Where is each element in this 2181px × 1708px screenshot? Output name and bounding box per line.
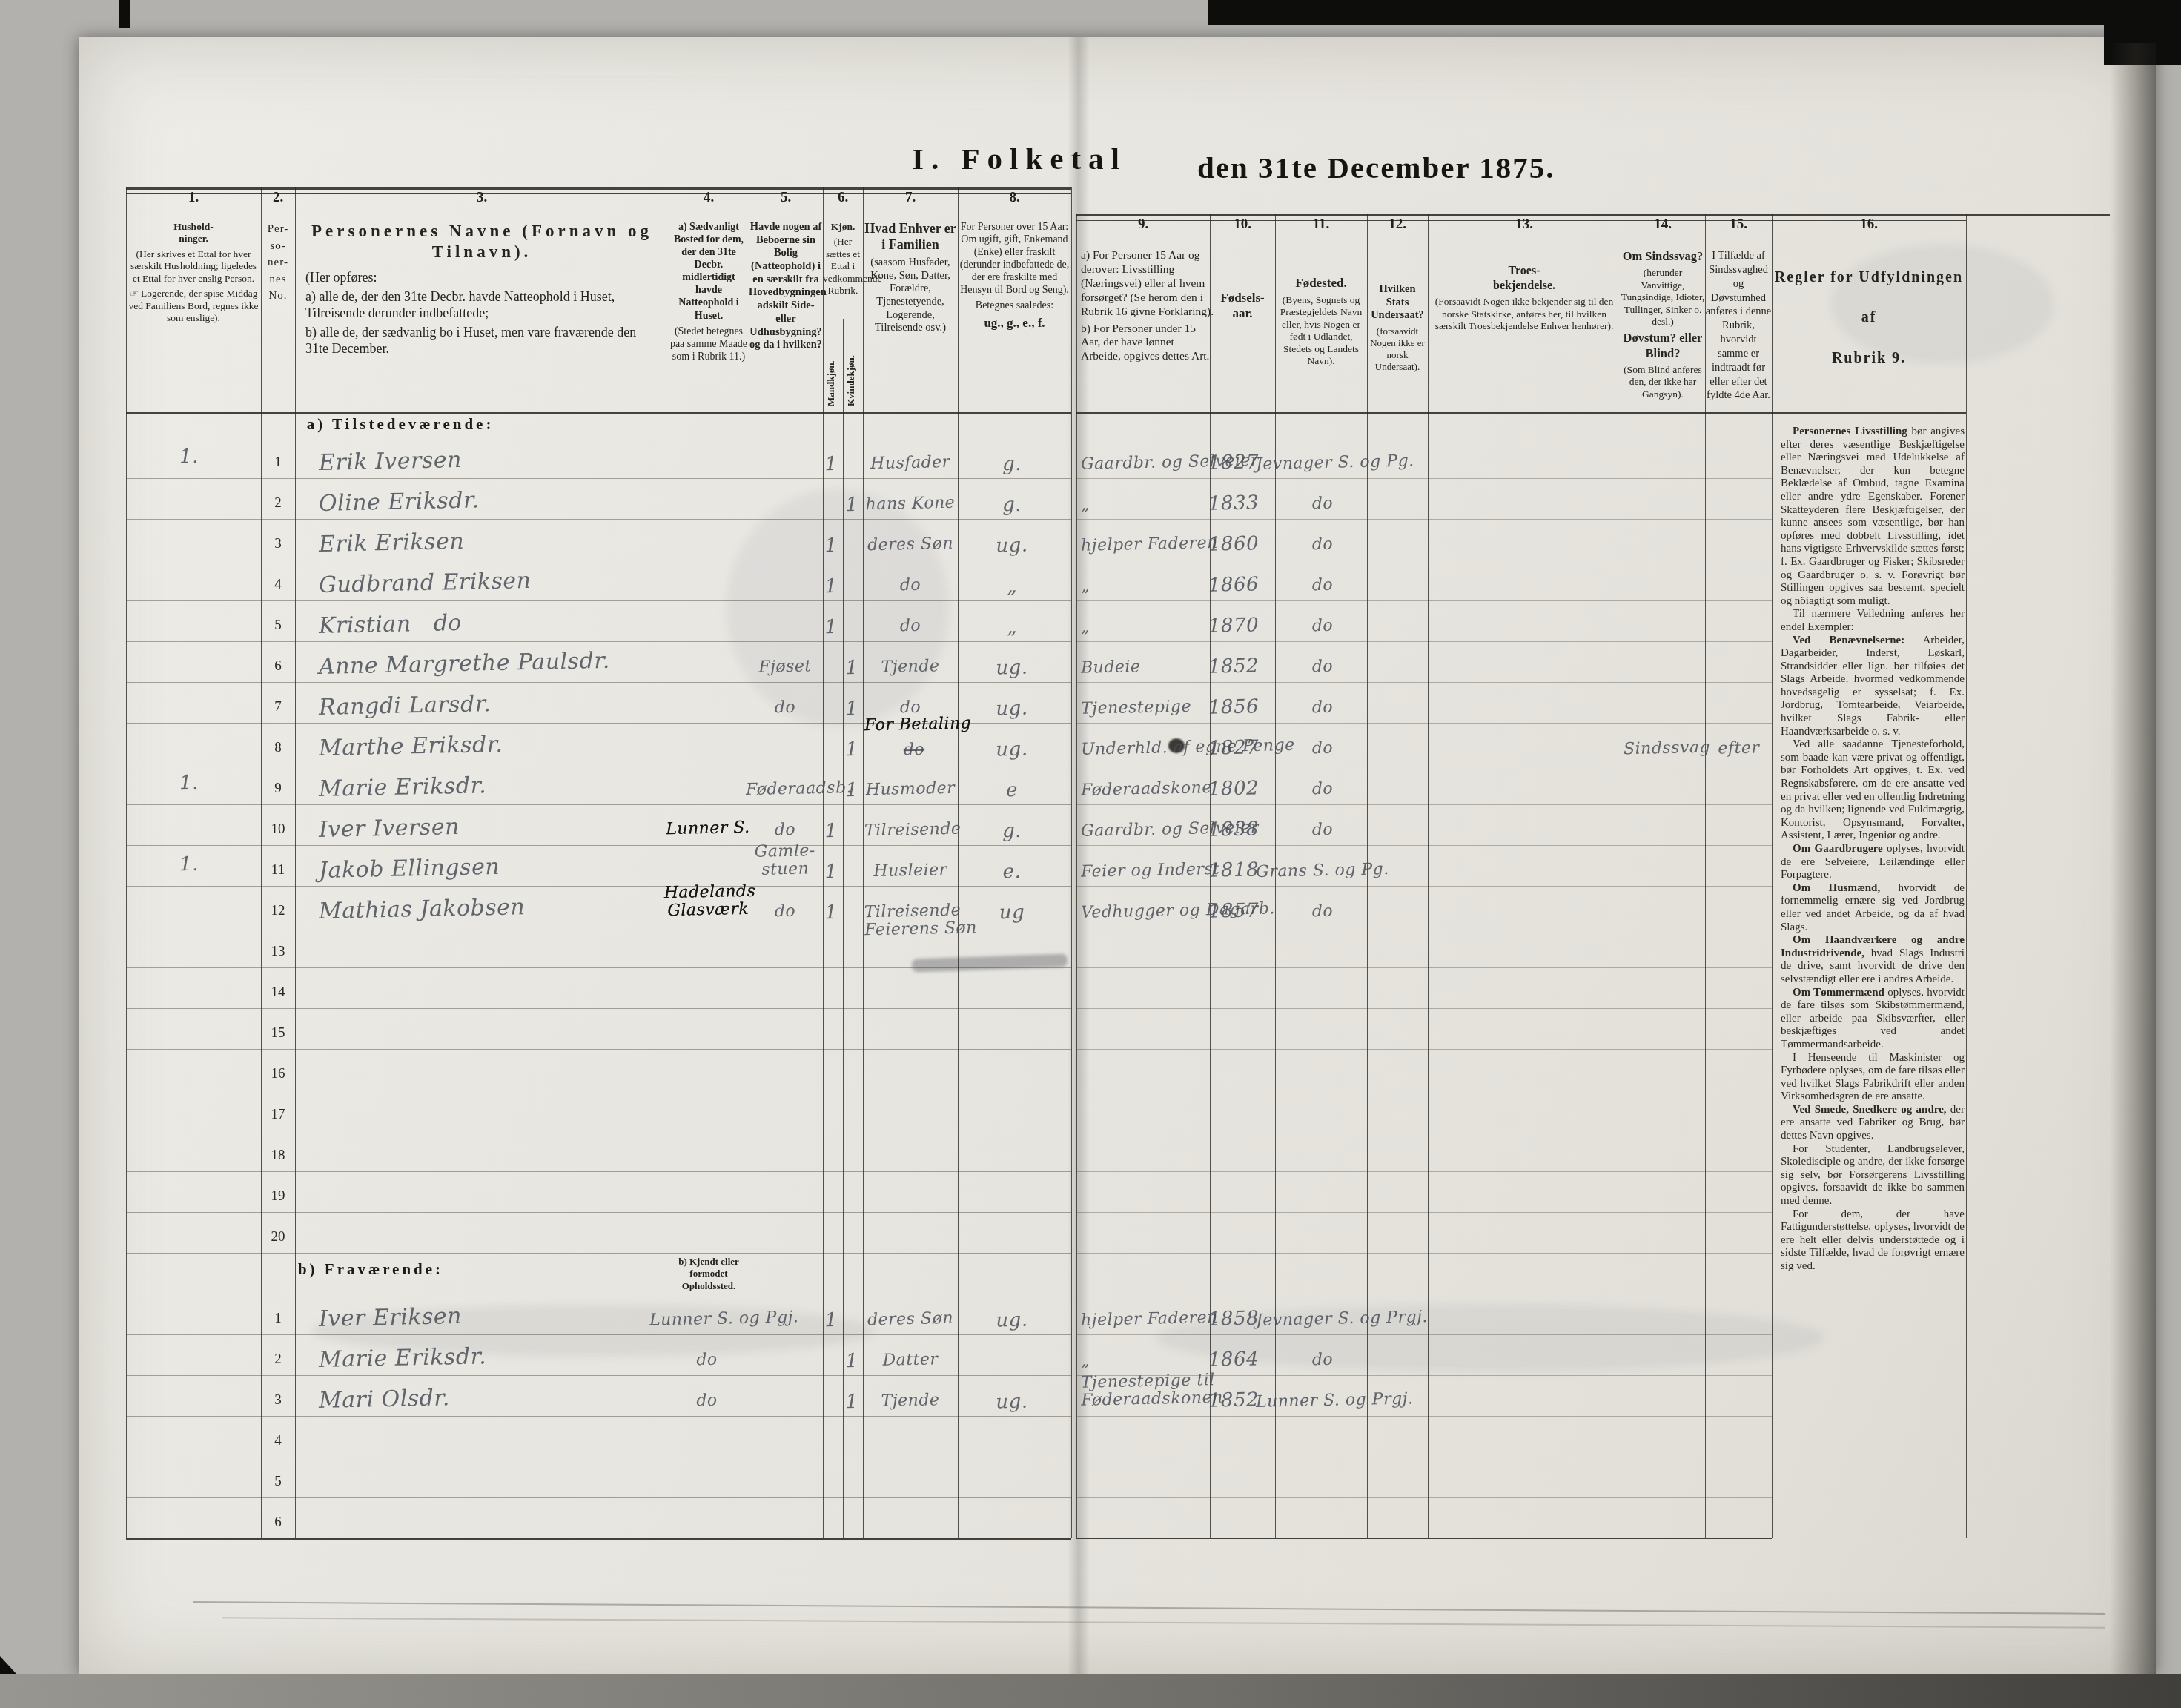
cell-a12-marital: ug <box>964 901 1061 925</box>
cell-a7-female: 1 <box>841 698 864 721</box>
cell-a9-marital: e <box>964 778 1061 803</box>
scanner-edge-top <box>1208 0 2181 25</box>
table-rule <box>1071 187 1072 1538</box>
column-header-part: a) Sædvanligt Bosted for dem, der den 31… <box>669 221 749 322</box>
column-number-13: 13. <box>1428 216 1621 233</box>
instruction-paragraph: Om Gaardbrugere oplyses, hvorvidt de ere… <box>1781 843 1965 882</box>
cell-a5-birthplace: do <box>1256 616 1389 637</box>
column-number-9: 9. <box>1076 216 1210 233</box>
cell-b1-birthplace: Jevnager S. og Prgj. <box>1256 1309 1389 1330</box>
table-row-line <box>1076 1457 1772 1457</box>
table-row-line <box>126 1538 1071 1539</box>
table-rule <box>1966 213 1967 1538</box>
cell-b1-male: 1 <box>820 1309 843 1332</box>
column-header-part: (Som Blind anføres den, der ikke har Gan… <box>1621 364 1705 400</box>
cell-a5-male: 1 <box>820 616 843 639</box>
row-number: 10 <box>261 821 295 838</box>
table-rule <box>1076 242 1966 242</box>
cell-a6-occupation: Budeie <box>1081 657 1207 678</box>
cell-a12-male: 1 <box>820 901 843 924</box>
row-number: 4 <box>261 1433 295 1449</box>
column-header-9: a) For Personer 15 Aar og derover: Livss… <box>1076 246 1219 367</box>
cell-b1-family: deres Søn <box>864 1310 956 1330</box>
column-header-part: Fødsels- aar. <box>1210 291 1275 321</box>
table-row-line <box>1076 1090 1772 1090</box>
cell-a2-family: hans Kone <box>864 494 956 514</box>
table-row-line <box>1076 1008 1772 1009</box>
table-row-line <box>1076 519 1772 520</box>
instruction-paragraph: Om Haandværkere og andre Industridrivend… <box>1781 934 1965 986</box>
table-row-line <box>126 560 1071 560</box>
row-number: 7 <box>261 699 295 715</box>
cell-b3-female: 1 <box>841 1391 864 1414</box>
table-row-line <box>1076 1497 1772 1498</box>
row-number: 19 <box>261 1188 295 1205</box>
instruction-paragraph: Om Tømmermænd oplyses, hvorvidt de fare … <box>1781 987 1965 1052</box>
column-header-part: (herunder Vanvittige, Tungsindige, Idiot… <box>1621 267 1705 328</box>
column-number-10: 10. <box>1210 216 1275 233</box>
column-header-part: b) For Personer under 15 Aar, der have l… <box>1081 322 1214 365</box>
column-header-6: Kjøn.(Her sættes et Ettal i vedkommende … <box>823 218 863 300</box>
table-row-line <box>1076 1253 1772 1254</box>
table-row-line <box>126 1457 1071 1457</box>
table-row-line <box>126 641 1071 642</box>
column-header-part: a) For Personer 15 Aar og derover: Livss… <box>1081 249 1214 320</box>
cell-b3-birthplace: Lunner S. og Prgj. <box>1256 1391 1389 1411</box>
table-row-line <box>126 804 1071 805</box>
column-header-part: (Her opføres: <box>295 270 669 286</box>
column-header-part: Per- so- ner- nes No. <box>261 221 295 305</box>
column-header-7: Hvad Enhver er i Familien(saasom Husfade… <box>863 218 958 338</box>
cell-a10-male: 1 <box>820 820 843 843</box>
table-row-line <box>1076 1171 1772 1172</box>
table-row-line <box>126 764 1071 764</box>
column-header-part: Havde nogen af Beboerne sin Bolig (Natte… <box>749 221 823 352</box>
column-number-11: 11. <box>1275 216 1367 233</box>
cell-b3-whereabouts: do <box>649 1391 764 1411</box>
row-number: 2 <box>261 495 295 512</box>
ink-bleed-ghost <box>727 489 949 726</box>
cell-a7-birthplace: do <box>1256 698 1389 718</box>
cell-a7-outbuilding: do <box>746 698 824 718</box>
column-header-part: Hvilken Stats Undersaat? <box>1367 283 1428 322</box>
column-header-12: Hvilken Stats Undersaat?(forsaavidt Noge… <box>1367 246 1428 376</box>
cell-a9-birthplace: do <box>1256 779 1389 800</box>
column-number-3: 3. <box>295 190 669 206</box>
column-number-14: 14. <box>1621 216 1705 233</box>
column-header-part: Rubrik 9. <box>1772 349 1966 367</box>
cell-b1-occupation: hjelper Faderen <box>1081 1309 1207 1330</box>
table-row-line <box>126 600 1071 601</box>
row-number: 15 <box>261 1025 295 1042</box>
page-title-right: den 31te December 1875. <box>1197 150 1555 185</box>
cell-a10-marital: g. <box>964 819 1061 844</box>
cell-a8-mental-onset: efter <box>1704 739 1774 758</box>
table-row-line <box>126 967 1071 968</box>
cell-a1-household: 1. <box>141 445 238 469</box>
cell-a1-family: Husfader <box>864 454 956 474</box>
column-number-15: 15. <box>1705 216 1772 233</box>
cell-a8-mental: Sindssvag <box>1624 739 1707 758</box>
table-row-line <box>1076 478 1772 479</box>
column-header-part: Fødested. <box>1275 276 1367 291</box>
cell-a12-family: Tilreisende Feierens Søn <box>864 902 957 940</box>
column-header-part: (forsaavidt Nogen ikke er norsk Undersaa… <box>1367 325 1428 372</box>
table-row-line <box>1076 886 1772 887</box>
cell-a4-family: do <box>864 576 956 596</box>
column-number-16: 16. <box>1772 216 1966 233</box>
cell-a8-birthplace: do <box>1256 738 1389 759</box>
column-header-part: Hushold- ninger. <box>126 221 261 245</box>
cell-a5-occupation: „ <box>1081 616 1207 637</box>
row-number: 1 <box>261 454 295 471</box>
column-header-part: b) alle de, der sædvanlig bo i Huset, me… <box>295 325 669 357</box>
cell-b3-marital: ug. <box>964 1390 1061 1414</box>
cell-a11-household: 1. <box>141 853 238 877</box>
scanner-edge-bottom <box>0 1674 2181 1708</box>
instruction-paragraph: Ved Benævnelserne: Arbeider, Dagarbeider… <box>1781 635 1965 739</box>
cell-a2-occupation: „ <box>1081 494 1207 514</box>
table-row-line <box>126 682 1071 683</box>
table-row-line <box>126 1375 1071 1376</box>
cell-a12-residence-ink: Hadelands Glasværk <box>664 883 752 920</box>
cell-a12-outbuilding: do <box>746 902 824 921</box>
column-subheader-male: Mandkjøn. <box>825 319 843 406</box>
row-number: 4 <box>261 577 295 593</box>
row-number: 20 <box>261 1229 295 1245</box>
table-rule <box>958 187 959 1538</box>
column-header-16: Regler for UdfyldningenafRubrik 9. <box>1772 246 1966 389</box>
cell-a6-female: 1 <box>841 657 864 680</box>
column-header-part: (Her sættes et Ettal i vedkommende Rubri… <box>823 236 863 297</box>
row-number: 12 <box>261 903 295 919</box>
cell-a10-residence-ink: Lunner S. <box>664 819 752 838</box>
row-number: 18 <box>261 1148 295 1164</box>
table-rule <box>126 213 1071 214</box>
cell-a9-occupation: Føderaadskone <box>1081 779 1207 800</box>
cell-a2-marital: g. <box>964 493 1061 517</box>
cell-a11-occupation: Feier og Inderst <box>1081 861 1207 881</box>
cell-a6-outbuilding: Fjøset <box>746 658 824 677</box>
table-row-line <box>126 845 1071 846</box>
column-header-part: Regler for Udfyldningen <box>1772 268 1966 286</box>
cell-b3-family: Tjende <box>864 1391 956 1411</box>
table-rule <box>126 412 1071 414</box>
cell-a2-female: 1 <box>841 494 864 517</box>
cell-a8-female: 1 <box>841 738 864 761</box>
column-number-4: 4. <box>669 190 749 206</box>
column-header-13: Troes- bekjendelse.(Forsaavidt Nogen ikk… <box>1428 246 1621 335</box>
column-header-whereabouts: b) Kjendt eller formodet Opholdssted. <box>664 1256 753 1292</box>
scanner-mark-topleft <box>119 0 130 28</box>
row-number: 5 <box>261 618 295 634</box>
cell-a8-marital: ug. <box>964 738 1061 762</box>
column-header-part: af <box>1772 308 1966 326</box>
row-number: 17 <box>261 1107 295 1123</box>
column-header-2: Per- so- ner- nes No. <box>261 218 295 308</box>
cell-a1-male: 1 <box>820 453 843 476</box>
row-number: 8 <box>261 740 295 756</box>
cell-a6-birthplace: do <box>1256 657 1389 678</box>
column-subheader-female: Kvindekjøn. <box>845 319 863 406</box>
cell-a3-birthplace: do <box>1256 534 1389 555</box>
table-row-line <box>1076 641 1772 642</box>
cell-a5-marital: „ <box>964 615 1061 640</box>
cell-b2-female: 1 <box>841 1350 864 1373</box>
cell-a8-family-ink: For Betaling <box>864 715 959 735</box>
instruction-paragraph: Ved alle saadanne Tjenesteforhold, som b… <box>1781 738 1965 843</box>
row-number: 14 <box>261 984 295 1001</box>
column-header-part: ug., g., e., f. <box>958 316 1071 331</box>
cell-a3-family: deres Søn <box>864 535 956 555</box>
table-row-line <box>126 1212 1071 1213</box>
cell-b2-whereabouts: do <box>649 1350 764 1370</box>
section-present-label: a) Tilstedeværende: <box>252 415 549 434</box>
column-header-3: Personernes Navne (Fornavn og Tilnavn).(… <box>295 218 669 360</box>
table-row-line <box>1076 1049 1772 1050</box>
column-header-part: I Tilfælde af Sindssvaghed og Døvstumhed… <box>1705 249 1772 403</box>
cell-a10-family: Tilreisende <box>864 821 956 841</box>
column-header-part: ☞ Logerende, der spise Middag ved Famili… <box>126 288 261 324</box>
cell-a9-family: Husmoder <box>864 780 956 800</box>
cell-a5-family: do <box>864 617 956 637</box>
instruction-paragraph: For Studenter, Landbrugselever, Skoledis… <box>1781 1143 1965 1208</box>
column-header-part: (Forsaavidt Nogen ikke bekjender sig til… <box>1428 296 1621 332</box>
cell-a12-birthplace: do <box>1256 901 1389 922</box>
column-header-part: (Stedet betegnes paa samme Maade som i R… <box>669 325 749 363</box>
row-number: 6 <box>261 658 295 675</box>
cell-a1-marital: g. <box>964 452 1061 477</box>
column-number-2: 2. <box>261 190 295 206</box>
cell-a10-outbuilding: do <box>746 821 824 840</box>
column-header-part: Hvad Enhver er i Familien <box>863 221 958 254</box>
table-rule <box>126 187 127 1538</box>
row-number: 3 <box>261 536 295 552</box>
table-row-line <box>1076 560 1772 560</box>
column-header-4: a) Sædvanligt Bosted for dem, der den 31… <box>669 218 749 366</box>
column-header-part: Personernes Navne (Fornavn og Tilnavn). <box>295 221 669 262</box>
row-number: 16 <box>261 1066 295 1082</box>
table-row-line <box>126 1253 1071 1254</box>
table-row-line <box>126 1416 1071 1417</box>
cell-a11-family: Husleier <box>864 861 956 881</box>
cell-b2-occupation: „ <box>1081 1350 1207 1371</box>
cell-a1-birthplace: Jevnager S. og Pg. <box>1256 453 1389 474</box>
table-row-line <box>1076 1416 1772 1417</box>
row-number: 6 <box>261 1515 295 1531</box>
column-header-part: Døvstum? eller Blind? <box>1621 331 1705 360</box>
cell-a6-family: Tjende <box>864 658 956 678</box>
column-header-part: Om Sindssvag? <box>1621 249 1705 264</box>
column-header-part: For Personer over 15 Aar: Om ugift, gift… <box>958 221 1071 297</box>
table-row-line <box>126 1334 1071 1335</box>
instruction-paragraph: Personernes Livsstilling bør angives eft… <box>1781 426 1965 608</box>
instruction-paragraph: I Henseende til Maskinister og Fyrbødere… <box>1781 1052 1965 1104</box>
row-number: 11 <box>261 862 295 878</box>
cell-a4-occupation: „ <box>1081 575 1207 596</box>
table-row-line <box>126 1171 1071 1172</box>
column-header-part: Kjøn. <box>823 221 863 233</box>
cell-a4-marital: „ <box>964 575 1061 599</box>
cell-a8-occupation: Underhld. af egne Penge <box>1081 738 1207 759</box>
cell-a9-female: 1 <box>841 779 864 802</box>
table-row-line <box>126 1090 1071 1090</box>
cell-b3-occupation: Tjenestepige til Føderaadskonen <box>1081 1371 1208 1410</box>
table-row-line <box>126 1497 1071 1498</box>
table-row-line <box>1076 682 1772 683</box>
column-number-5: 5. <box>749 190 823 206</box>
cell-b2-family: Datter <box>864 1351 956 1371</box>
column-number-7: 7. <box>863 190 958 206</box>
table-row-line <box>1076 967 1772 968</box>
cell-a4-male: 1 <box>820 575 843 598</box>
cell-a7-occupation: Tjenestepige <box>1081 698 1207 718</box>
section-absent-label: b) Fraværende: <box>230 1260 512 1279</box>
rubrik9-instructions-text: Personernes Livsstilling bør angives eft… <box>1781 426 1965 1523</box>
table-row-line <box>1076 1334 1772 1335</box>
column-header-part: a) alle de, der den 31te Decbr. havde Na… <box>295 289 669 322</box>
row-number: 5 <box>261 1474 295 1490</box>
column-header-11: Fødested.(Byens, Sognets og Præstegjelde… <box>1275 246 1367 371</box>
table-row-line <box>1076 845 1772 846</box>
column-number-12: 12. <box>1367 216 1428 233</box>
table-row-line <box>1076 1538 1772 1539</box>
column-header-part: Troes- bekjendelse. <box>1428 264 1621 293</box>
table-row-line <box>1076 1131 1772 1131</box>
column-header-14: Om Sindssvag?(herunder Vanvittige, Tungs… <box>1621 246 1705 403</box>
table-row-line <box>126 1008 1071 1009</box>
cell-a10-birthplace: do <box>1256 820 1389 841</box>
column-header-5: Havde nogen af Beboerne sin Bolig (Natte… <box>749 218 823 355</box>
row-number: 2 <box>261 1351 295 1368</box>
column-header-1: Hushold- ninger.(Her skrives et Ettal fo… <box>126 218 261 328</box>
instruction-paragraph: Om Husmænd, hvorvidt de fornemmelig ernæ… <box>1781 882 1965 934</box>
column-number-6: 6. <box>823 190 863 206</box>
column-header-part: (Byens, Sognets og Præstegjeldets Navn e… <box>1275 294 1367 368</box>
cell-a8-family-struck: do <box>888 741 940 759</box>
cell-a9-outbuilding: Føderaadsb. <box>746 780 824 799</box>
cell-a7-marital: ug. <box>964 697 1061 721</box>
table-row-line <box>1076 600 1772 601</box>
table-row-line <box>126 519 1071 520</box>
table-row-line <box>126 478 1071 479</box>
table-row-line <box>126 1131 1071 1131</box>
table-row-line <box>1076 1212 1772 1213</box>
instruction-paragraph: Til nærmere Veiledning anføres her endel… <box>1781 608 1965 634</box>
cell-b1-marital: ug. <box>964 1308 1061 1333</box>
row-number: 1 <box>261 1311 295 1327</box>
table-rule <box>1076 412 1966 414</box>
cell-a3-occupation: hjelper Faderen <box>1081 534 1207 555</box>
column-header-part: (Her skrives et Ettal for hver særskilt … <box>126 248 261 285</box>
row-number: 9 <box>261 781 295 797</box>
census-scan-page: I. Folketal den 31te December 1875. a) T… <box>0 0 2181 1708</box>
table-row-line <box>1076 723 1772 724</box>
cell-a11-marital: e. <box>964 860 1061 884</box>
column-header-15: I Tilfælde af Sindssvaghed og Døvstumhed… <box>1705 246 1772 406</box>
cell-a11-outbuilding: Gamle- stuen <box>746 842 825 879</box>
table-row-line <box>1076 764 1772 764</box>
table-rule <box>295 187 296 1538</box>
column-header-part: Betegnes saaledes: <box>958 299 1071 312</box>
row-number: 3 <box>261 1392 295 1409</box>
table-row-line <box>126 1049 1071 1050</box>
table-row-line <box>1076 804 1772 805</box>
cell-a6-marital: ug. <box>964 656 1061 681</box>
column-header-part: (saasom Husfader, Kone, Søn, Datter, For… <box>863 256 958 335</box>
instruction-paragraph: For dem, der have Fattigunderstøttelse, … <box>1781 1208 1965 1274</box>
cell-b1-whereabouts: Lunner S. og Pgj. <box>649 1309 764 1329</box>
column-number-8: 8. <box>958 190 1071 206</box>
cell-a10-occupation: Gaardbr. og Selveier <box>1081 820 1207 841</box>
page-title-left: I. Folketal <box>853 141 1186 176</box>
column-header-8: For Personer over 15 Aar: Om ugift, gift… <box>958 218 1071 334</box>
cell-a9-household: 1. <box>141 771 238 795</box>
cell-a12-occupation: Vedhugger og Dagarb. <box>1081 901 1207 922</box>
cell-b2-birthplace: do <box>1256 1350 1389 1371</box>
column-header-10: Fødsels- aar. <box>1210 246 1275 324</box>
row-number: 13 <box>261 944 295 960</box>
cell-a11-birthplace: Grans S. og Pg. <box>1256 861 1389 881</box>
table-row-line <box>1076 927 1772 927</box>
cell-a3-marital: ug. <box>964 534 1061 558</box>
cell-a2-birthplace: do <box>1256 494 1389 514</box>
column-number-1: 1. <box>126 190 261 206</box>
paper-right-edge-shadow <box>2110 43 2156 1674</box>
cell-a11-male: 1 <box>820 861 843 884</box>
table-rule <box>669 187 669 1538</box>
instruction-paragraph: Ved Smede, Snedkere og andre, der ere an… <box>1781 1104 1965 1143</box>
cell-a1-occupation: Gaardbr. og Selveier <box>1081 453 1207 474</box>
cell-a4-birthplace: do <box>1256 575 1389 596</box>
table-row-line <box>126 886 1071 887</box>
cell-a3-male: 1 <box>820 534 843 557</box>
